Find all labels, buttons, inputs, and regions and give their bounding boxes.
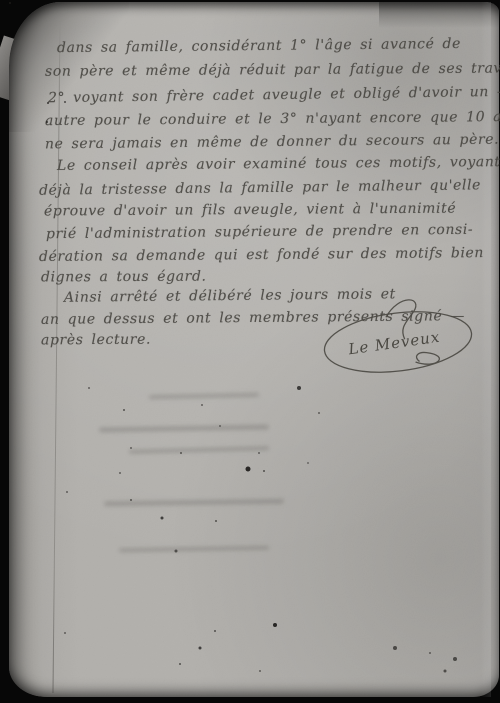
manuscript-line: 2° voyant son frère cadet aveugle et obl… <box>48 84 500 106</box>
ghost-writing-smudge <box>104 499 284 507</box>
manuscript-line: Le conseil après avoir examiné tous ces … <box>57 154 500 174</box>
page-edge-highlight <box>481 2 491 697</box>
ghost-writing-smudge <box>129 446 269 454</box>
manuscript-line: prié l'administration supérieure de pren… <box>46 222 473 242</box>
manuscript-line: autre pour le conduire et le 3° n'ayant … <box>45 109 500 129</box>
manuscript-line: dération sa demande qui est fondé sur de… <box>39 245 484 265</box>
ghost-writing-smudge <box>119 546 269 553</box>
signature-flourish: Le Meveux <box>317 298 479 382</box>
manuscript-line: après lecture. <box>41 332 151 349</box>
ghost-writing-smudge <box>149 393 259 399</box>
manuscript-line: déjà la tristesse dans la famille par le… <box>39 177 481 198</box>
scanned-manuscript-page: dans sa famille, considérant 1° l'âge si… <box>0 0 500 703</box>
manuscript-line: son père et même déjà réduit par la fati… <box>45 60 500 79</box>
manuscript-line: dignes a tous égard. <box>41 269 207 286</box>
top-edge-smudge <box>379 2 499 28</box>
manuscript-line: dans sa famille, considérant 1° l'âge si… <box>57 36 461 56</box>
signature-name: Le Meveux <box>346 328 441 359</box>
manuscript-line: éprouve d'avoir un fils aveugle, vient à… <box>44 201 456 220</box>
ghost-writing-smudge <box>99 425 269 433</box>
paper-page: dans sa famille, considérant 1° l'âge si… <box>9 2 499 697</box>
ink-specks <box>9 2 11 4</box>
manuscript-line: ne sera jamais en même de donner du seco… <box>45 132 499 153</box>
